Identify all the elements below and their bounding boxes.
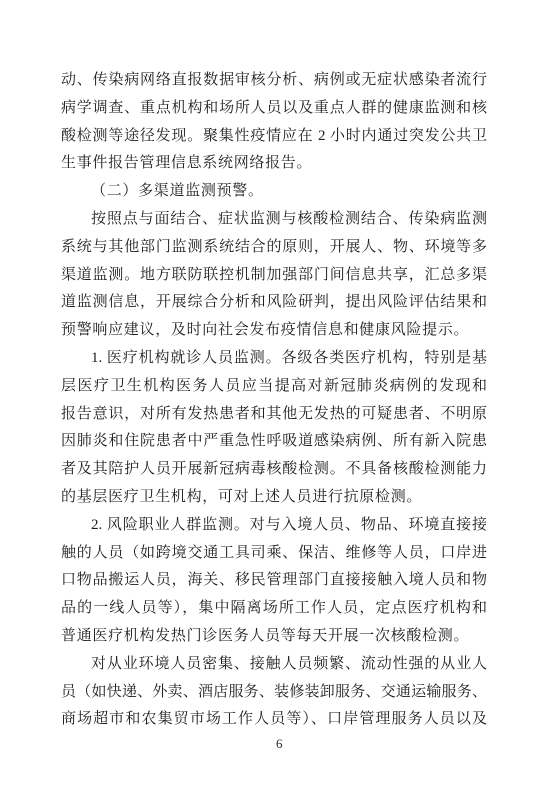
text-line: 预警响应建议，及时向社会发布疫情信息和健康风险提示。 [61, 317, 487, 345]
text-line: 道监测信息，开展综合分析和风险研判，提出风险评估结果和 [61, 289, 487, 317]
page-number: 6 [0, 736, 559, 752]
text-line: 品的一线人员等），集中隔离场所工作人员，定点医疗机构和 [61, 595, 487, 623]
subsection-heading: （二）多渠道监测预警。 [61, 178, 487, 206]
numbered-item-line: 1. 医疗机构就诊人员监测。各级各类医疗机构，特别是基 [61, 345, 487, 373]
text-line: 者及其陪护人员开展新冠病毒核酸检测。不具备核酸检测能力 [61, 456, 487, 484]
text-line: 层医疗卫生机构医务人员应当提高对新冠肺炎病例的发现和 [61, 373, 487, 401]
text-line: 按照点与面结合、症状监测与核酸检测结合、传染病监测 [61, 206, 487, 234]
text-line: 生事件报告管理信息系统网络报告。 [61, 150, 487, 178]
text-line: 员（如快递、外卖、酒店服务、装修装卸服务、交通运输服务、 [61, 679, 487, 707]
text-line: 口物品搬运人员，海关、移民管理部门直接接触入境人员和物 [61, 567, 487, 595]
text-line: 触的人员（如跨境交通工具司乘、保洁、维修等人员，口岸进 [61, 540, 487, 568]
text-line: 动、传染病网络直报数据审核分析、病例或无症状感染者流行 [61, 67, 487, 95]
text-line: 报告意识，对所有发热患者和其他无发热的可疑患者、不明原 [61, 401, 487, 429]
text-line: 商场超市和农集贸市场工作人员等）、口岸管理服务人员以及 [61, 706, 487, 734]
text-line: 系统与其他部门监测系统结合的原则，开展人、物、环境等多 [61, 234, 487, 262]
text-line: 对从业环境人员密集、接触人员频繁、流动性强的从业人 [61, 651, 487, 679]
text-line: 因肺炎和住院患者中严重急性呼吸道感染病例、所有新入院患 [61, 428, 487, 456]
text-line: 的基层医疗卫生机构，可对上述人员进行抗原检测。 [61, 484, 487, 512]
document-text-block: 动、传染病网络直报数据审核分析、病例或无症状感染者流行 病学调查、重点机构和场所… [61, 67, 487, 734]
text-line: 酸检测等途径发现。聚集性疫情应在 2 小时内通过突发公共卫 [61, 123, 487, 151]
text-line: 病学调查、重点机构和场所人员以及重点人群的健康监测和核 [61, 95, 487, 123]
text-line: 渠道监测。地方联防联控机制加强部门间信息共享，汇总多渠 [61, 262, 487, 290]
text-line: 普通医疗机构发热门诊医务人员等每天开展一次核酸检测。 [61, 623, 487, 651]
document-page: 动、传染病网络直报数据审核分析、病例或无症状感染者流行 病学调查、重点机构和场所… [0, 0, 559, 793]
numbered-item-line: 2. 风险职业人群监测。对与入境人员、物品、环境直接接 [61, 512, 487, 540]
